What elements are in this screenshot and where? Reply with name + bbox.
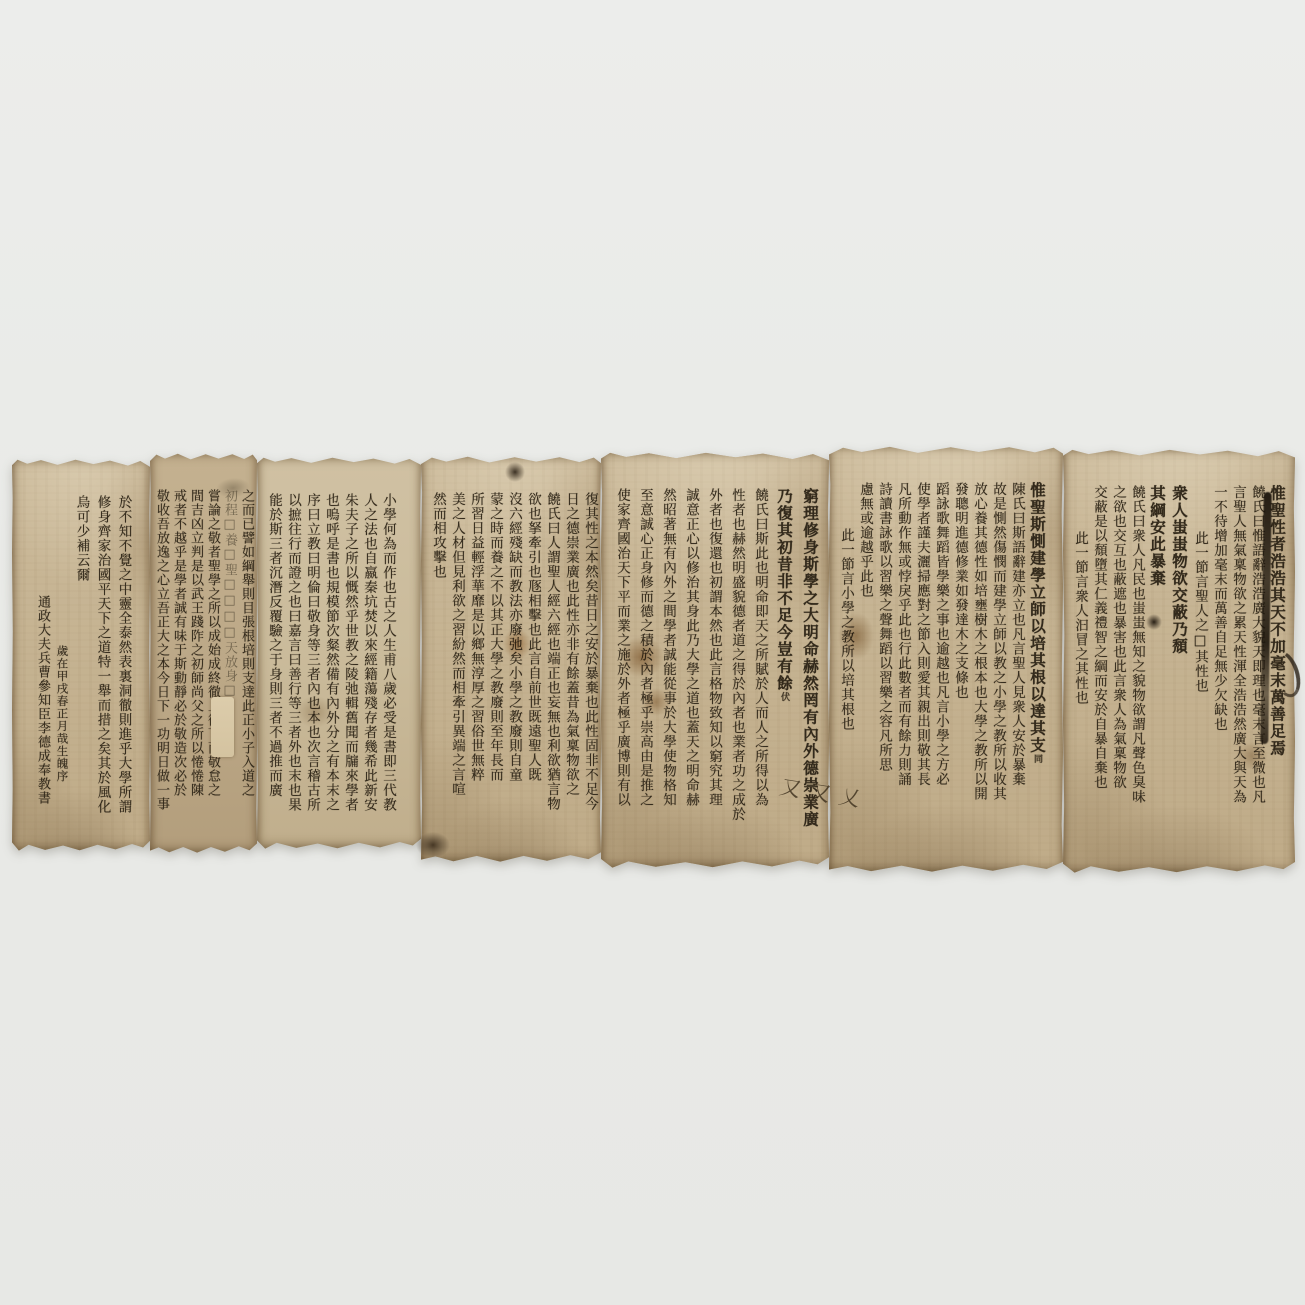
- text-column: 人之法也自嬴秦坑焚以來經籍蕩殘存者幾希此新安: [360, 493, 377, 829]
- text-column: 此一節言衆人汩冒之其性也: [1071, 485, 1088, 841]
- text-column: 饒氏曰人謂聖人經六經也端正也妄無也利欲猶言物: [543, 492, 560, 848]
- column-block: 惟聖性者浩浩其天不加毫末萬善足焉饒氏曰惟語辭浩浩廣大貌天即理也毫末言至微也凡言聖…: [1063, 449, 1295, 859]
- text-column: 此一節言聖人之□其性也: [1191, 485, 1208, 841]
- text-column: 序曰立教曰明倫曰敬身等三者內也本也次言稽古所: [303, 493, 320, 829]
- text-column: 性者也赫然明盛貌德者道之得於內者也業者功之成於: [728, 488, 745, 844]
- text-column: 復其性之本然矣昔日之安於暴棄也此性固非不足今: [581, 492, 598, 848]
- column-block: 復其性之本然矣昔日之安於暴棄也此性固非不足今日之德崇業廣也此性亦非有餘蓋昔為氣稟…: [421, 456, 606, 866]
- text-column: 朱夫子之所以慨然乎世教之陵弛輯舊聞而牖來學者: [341, 493, 358, 829]
- interlinear-gloss: 同: [1032, 754, 1042, 763]
- paper-sheet: 之而已譬如綱舉則目張根培則支達此正小子入道之初程□養□聖□□□□天放身□嘗論之敬…: [150, 453, 257, 853]
- text-column: 凡所動作無或悖戾乎此也行此數者而有餘力則誦: [894, 482, 911, 838]
- photo-backdrop: 惟聖性者浩浩其天不加毫末萬善足焉饒氏曰惟語辭浩浩廣大貌天即理也毫末言至微也凡言聖…: [0, 0, 1305, 1305]
- text-column: 蹈詠歌舞蹈皆學樂之事也逾越也凡言小學之方必: [932, 482, 949, 838]
- text-column: 至意誠心正身修而德之積於內者極乎崇高由是推之: [636, 488, 653, 844]
- repair-patch: [211, 697, 234, 757]
- column-block: 之而已譬如綱舉則目張根培則支達此正小子入道之初程□養□聖□□□□天放身□嘗論之敬…: [150, 453, 258, 847]
- text-column: 能於斯三者沉潛反覆驗之于身則三者不過推而廣: [265, 493, 282, 829]
- text-column: 誠意正心以修治其身此乃大學之道也蓋天之明命赫: [682, 488, 699, 844]
- text-column: 沒六經殘缺而教法亦廢弛矣小學之教廢則自童: [505, 492, 522, 848]
- text-column: 衆人蚩蚩物欲交蔽乃頹: [1169, 485, 1189, 841]
- text-column: 烏可少補云爾: [73, 495, 90, 825]
- text-column: 放心養其德性如培壅樹木之根本也大學之教所以開: [970, 482, 987, 838]
- text-column: 使家齊國治天下平而業之施於外者極乎廣博則有以: [613, 488, 630, 844]
- text-column: 也嗚呼是書也規模節次粲然備有內外分之有本末之: [322, 493, 339, 829]
- text-column: 然昭著無有內外之間學者誠能從事於大學使物格知: [659, 488, 676, 844]
- text-column: 饒氏曰斯此也明命即天之所賦於人而人之所得以為: [751, 488, 768, 844]
- text-column: 饒氏曰衆人凡民也蚩蚩無知之貌物欲謂凡聲色臭味: [1128, 485, 1145, 841]
- column-block: 於不知不覺之中靈全泰然表裏洞徹則進乎大學所謂修身齊家治國平天下之道特一舉而措之矣…: [12, 459, 140, 843]
- text-column: 交蔽是以頹墮其仁義禮智之綱而安於自暴自棄也: [1090, 485, 1107, 841]
- paper-sheet: 惟聖性者浩浩其天不加毫末萬善足焉饒氏曰惟語辭浩浩廣大貌天即理也毫末言至微也凡言聖…: [1063, 449, 1295, 873]
- paper-sheet: 復其性之本然矣昔日之安於暴棄也此性固非不足今日之德崇業廣也此性亦非有餘蓋昔為氣稟…: [421, 456, 601, 862]
- text-column: 之欲也交互也蔽遮也暴害也此言衆人為氣稟物欲: [1109, 485, 1126, 841]
- text-column: 然而相攻擊也: [429, 492, 446, 848]
- text-column: 詩讀書詠歌以習樂之聲舞蹈以習樂之容凡所思: [875, 482, 892, 838]
- text-column: 嘗論之敬者聖學之所以成始成終徹上徹下而敬怠之: [204, 489, 220, 829]
- text-column: 發聰明進德修業如發達木之支條也: [951, 482, 968, 838]
- text-column: 以摭往行而證之也曰嘉言曰善行等三者外也末也果: [284, 493, 301, 829]
- text-column: 惟聖斯惻建學立師以培其根以達其支同: [1027, 482, 1047, 838]
- text-column: 陳氏曰斯語辭建亦立也凡言聖人見衆人安於暴棄: [1008, 482, 1025, 838]
- text-column: 歲在甲戌春正月哉生魄序: [55, 495, 69, 825]
- paper-sheet: 於不知不覺之中靈全泰然表裏洞徹則進乎大學所謂修身齊家治國平天下之道特一舉而措之矣…: [12, 459, 150, 851]
- text-column: 間吉凶立判是以武王踐阼之初師尚父之所以惓惓陳: [187, 489, 203, 829]
- text-column: 使學者謹夫灑掃應對之節入則愛其親出則敬其長: [913, 482, 930, 838]
- column-block: 小學何為而作也古之人生甫八歲必受是書即三代教人之法也自嬴秦坑焚以來經籍蕩殘存者幾…: [257, 457, 404, 847]
- text-column: 於不知不覺之中靈全泰然表裏洞徹則進乎大學所謂: [115, 495, 132, 825]
- text-column: 修身齊家治國平天下之道特一舉而措之矣其於風化: [94, 495, 111, 825]
- text-column: 其綱安此暴棄: [1147, 485, 1167, 841]
- text-column: 言聖人無氣稟物欲之累天性渾全浩浩然廣大與天為: [1229, 485, 1246, 841]
- text-column: 蒙之時而養之不以其正大學之教廢則至年長而: [486, 492, 503, 848]
- text-column: 美之人材但見利欲之習紛然而相牽引異端之言喧: [448, 492, 465, 848]
- text-column: 外者也復還也初謂本然也此言格物致知以窮究其理: [705, 488, 722, 844]
- text-column: 之而已譬如綱舉則目張根培則支達此正小子入道之: [238, 489, 254, 829]
- paper-sheet: 窮理修身斯學之大明命赫然罔有內外德崇業廣乃復其初昔非不足今豈有餘伏饒氏曰斯此也明…: [601, 452, 829, 868]
- paper-sheet: 小學何為而作也古之人生甫八歲必受是書即三代教人之法也自嬴秦坑焚以來經籍蕩殘存者幾…: [257, 457, 421, 849]
- text-column: 故是惻然傷憫而建學立師以教之小學之教所以收其: [989, 482, 1006, 838]
- text-column: 小學何為而作也古之人生甫八歲必受是書即三代教: [379, 493, 396, 829]
- text-column: 欲也拏牽引也豗相擊也此言自前世既遠聖人既: [524, 492, 541, 848]
- text-column: 一不待增加毫末而萬善自足無少欠缺也: [1210, 485, 1227, 841]
- manuscript-scroll: 惟聖性者浩浩其天不加毫末萬善足焉饒氏曰惟語辭浩浩廣大貌天即理也毫末言至微也凡言聖…: [12, 446, 1295, 882]
- text-column: 通政大夫兵曹參知臣李德成奉教書: [34, 495, 51, 825]
- text-column: 日之德崇業廣也此性亦非有餘蓋昔為氣稟物欲之: [562, 492, 579, 848]
- text-column: 戒者不越乎是學者誠有味于斯動靜必於敬造次必於: [170, 489, 186, 829]
- text-column: 初程□養□聖□□□□天放身□: [221, 489, 237, 829]
- text-column: 敬收吾放逸之心立吾正大之本今日下一功明日做一事: [153, 489, 169, 829]
- text-column: 所習日益輕浮華靡是以鄉無淳厚之習俗世無粹: [467, 492, 484, 848]
- interlinear-gloss: 伏: [779, 692, 789, 701]
